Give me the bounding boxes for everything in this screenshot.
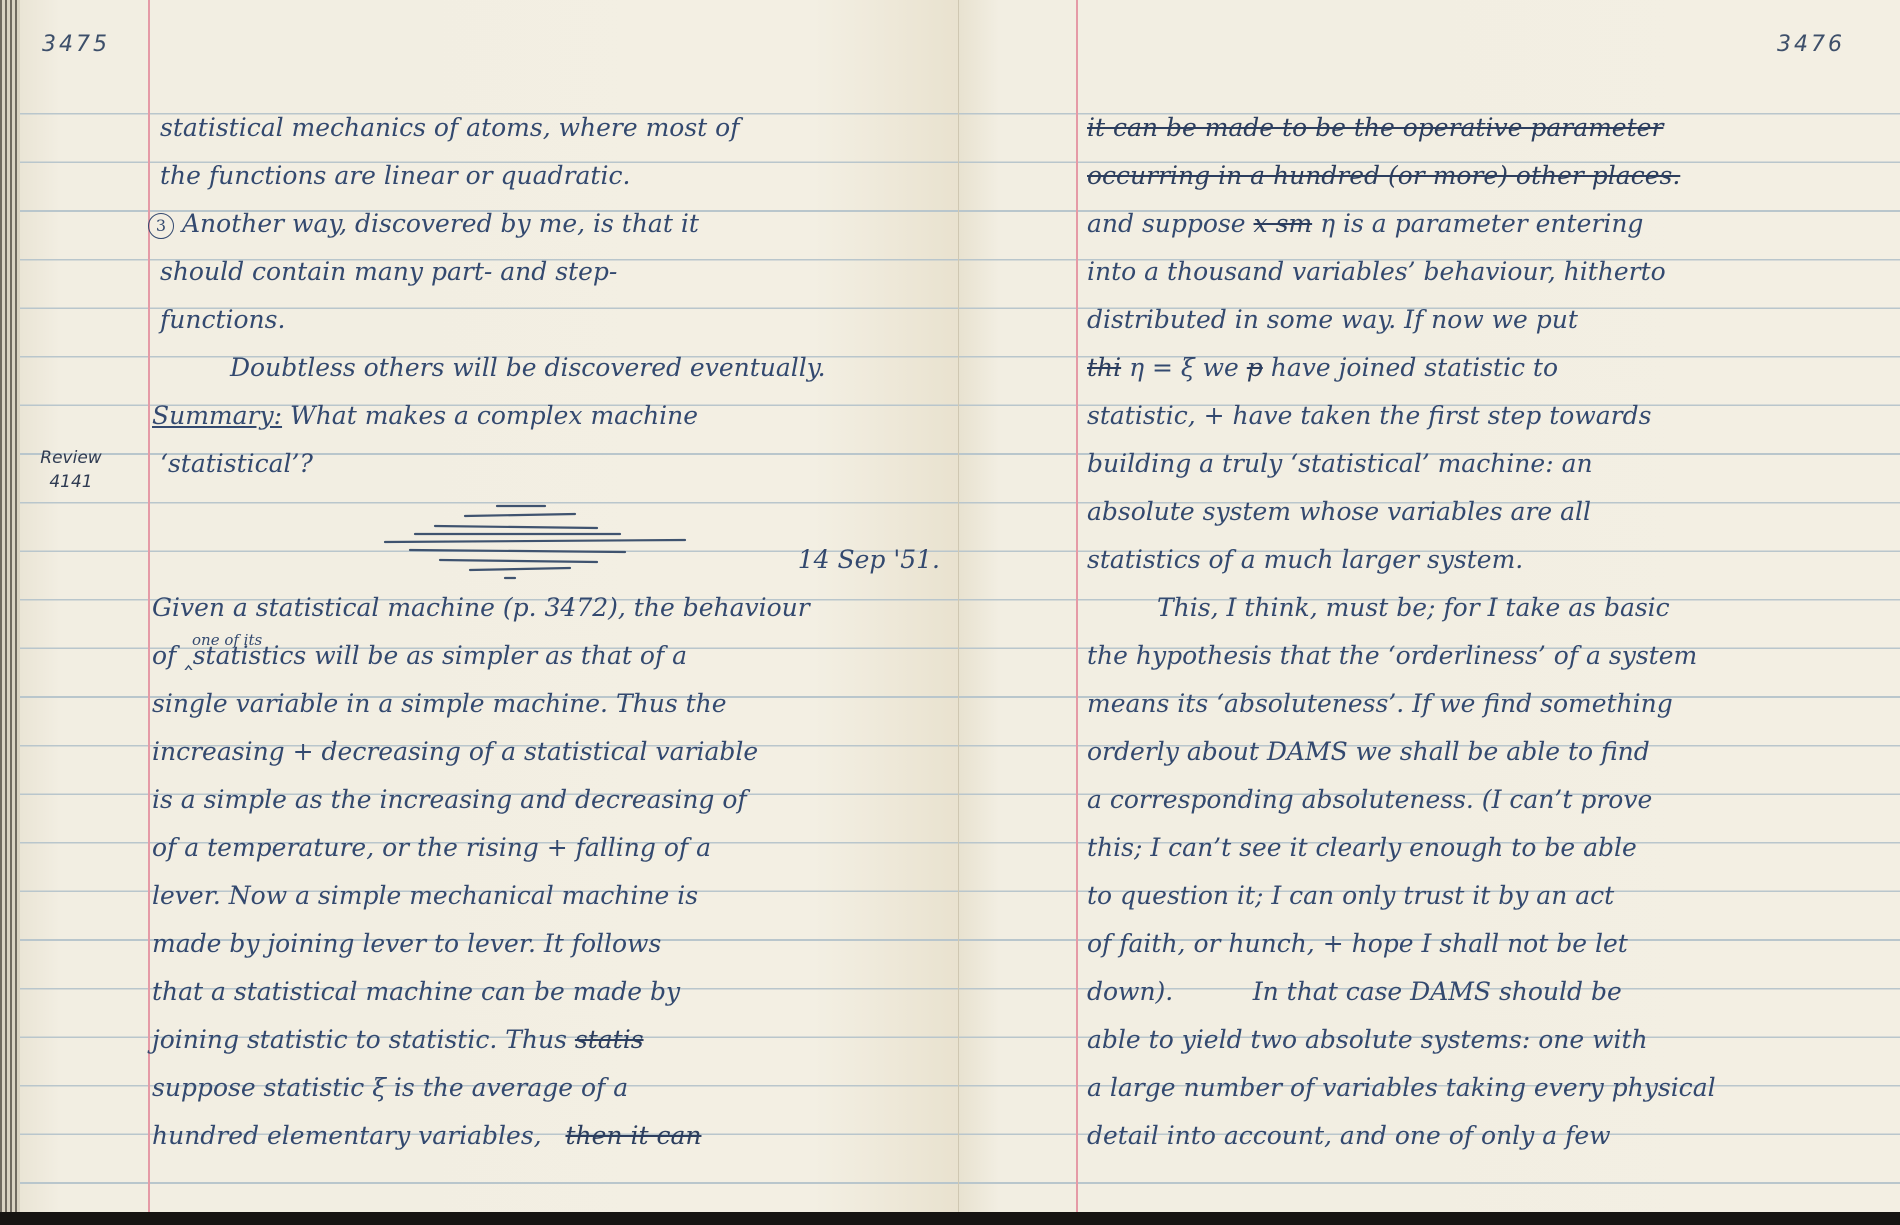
- text-line: a large number of variables taking every…: [1087, 1064, 1716, 1112]
- margin-line: [148, 0, 150, 1212]
- text-line: thi η = ξ we p have joined statistic to: [1087, 344, 1558, 392]
- text-line: of faith, or hunch, + hope I shall not b…: [1087, 920, 1628, 968]
- text-content: η = ξ we: [1129, 353, 1239, 382]
- text-line: absolute system whose variables are all: [1087, 488, 1591, 536]
- text-line: suppose statistic ξ is the average of a: [152, 1064, 628, 1112]
- text-line: able to yield two absolute systems: one …: [1087, 1016, 1648, 1064]
- left-page-text: statistical mechanics of atoms, where mo…: [160, 0, 950, 1212]
- item-number: 3: [148, 213, 174, 239]
- text-content: joining statistic to statistic. Thus: [152, 1025, 567, 1054]
- margin-note-ref: 4141: [36, 470, 106, 494]
- struck-text: p: [1247, 353, 1263, 382]
- text-line: down). In that case DAMS should be: [1087, 968, 1622, 1016]
- page-edge-stack: [0, 0, 20, 1212]
- text-line: made by joining lever to lever. It follo…: [152, 920, 661, 968]
- right-page: 3476 it can be made to be the operative …: [959, 0, 1900, 1212]
- margin-note-label: Review: [36, 446, 106, 470]
- text-line: into a thousand variables’ behaviour, hi…: [1087, 248, 1666, 296]
- margin-line: [1076, 0, 1078, 1212]
- summary-heading: Summary:: [152, 401, 282, 430]
- text-line: the hypothesis that the ‘orderliness’ of…: [1087, 632, 1697, 680]
- text-content: and suppose: [1087, 209, 1246, 238]
- text-line: one of its of ‸statistics will be as sim…: [152, 632, 687, 680]
- text-line: detail into account, and one of only a f…: [1087, 1112, 1611, 1160]
- text-line: that a statistical machine can be made b…: [152, 968, 680, 1016]
- page-number: 3475: [42, 32, 110, 57]
- text-line: increasing + decreasing of a statistical…: [152, 728, 758, 776]
- text-line: and suppose x sm η is a parameter enteri…: [1087, 200, 1643, 248]
- text-line: Summary: What makes a complex machine: [152, 392, 698, 440]
- text-line: single variable in a simple machine. Thu…: [152, 680, 727, 728]
- struck-text: x sm: [1254, 209, 1313, 238]
- struck-text: then it can: [565, 1121, 701, 1150]
- text-line: orderly about DAMS we shall be able to f…: [1087, 728, 1650, 776]
- text-line: statistical mechanics of atoms, where mo…: [160, 104, 739, 152]
- struck-text: thi: [1087, 353, 1121, 382]
- inserted-text: one of its: [192, 616, 262, 664]
- struck-line: occurring in a hundred (or more) other p…: [1087, 152, 1680, 200]
- text-content: hundred elementary variables,: [152, 1121, 542, 1150]
- text-line: functions.: [160, 296, 285, 344]
- scan-background: [0, 1212, 1900, 1225]
- text-line: the functions are linear or quadratic.: [160, 152, 630, 200]
- text-content: η is a parameter entering: [1320, 209, 1643, 238]
- right-page-text: it can be made to be the operative param…: [1087, 0, 1887, 1212]
- text-line: statistic, + have taken the first step t…: [1087, 392, 1651, 440]
- text-content: What makes a complex machine: [282, 401, 698, 430]
- text-line: This, I think, must be; for I take as ba…: [1087, 584, 1670, 632]
- text-content: have joined statistic to: [1271, 353, 1558, 382]
- text-line: ‘statistical’?: [160, 440, 313, 488]
- notebook-spread: 3475 Review 4141 statistical mechanics o…: [0, 0, 1900, 1225]
- text-line: building a truly ‘statistical’ machine: …: [1087, 440, 1593, 488]
- text-line: distributed in some way. If now we put: [1087, 296, 1578, 344]
- text-line: should contain many part- and step-: [160, 248, 617, 296]
- entry-date: 14 Sep '51.: [798, 536, 940, 584]
- text-content: Another way, discovered by me, is that i…: [182, 209, 699, 238]
- text-line: joining statistic to statistic. Thus sta…: [152, 1016, 644, 1064]
- struck-text: statis: [575, 1025, 644, 1054]
- text-line: statistics of a much larger system.: [1087, 536, 1523, 584]
- struck-line: it can be made to be the operative param…: [1087, 104, 1663, 152]
- text-line: to question it; I can only trust it by a…: [1087, 872, 1614, 920]
- text-line: Doubtless others will be discovered even…: [160, 344, 826, 392]
- text-line: this; I can’t see it clearly enough to b…: [1087, 824, 1637, 872]
- margin-note: Review 4141: [36, 446, 106, 494]
- text-line: means its ‘absoluteness’. If we find som…: [1087, 680, 1673, 728]
- text-line: 3Another way, discovered by me, is that …: [148, 200, 699, 248]
- left-page: 3475 Review 4141 statistical mechanics o…: [0, 0, 959, 1212]
- text-line: a corresponding absoluteness. (I can’t p…: [1087, 776, 1652, 824]
- text-line: is a simple as the increasing and decrea…: [152, 776, 747, 824]
- text-line: of a temperature, or the rising + fallin…: [152, 824, 711, 872]
- text-line: hundred elementary variables, then it ca…: [152, 1112, 701, 1160]
- text-line: lever. Now a simple mechanical machine i…: [152, 872, 698, 920]
